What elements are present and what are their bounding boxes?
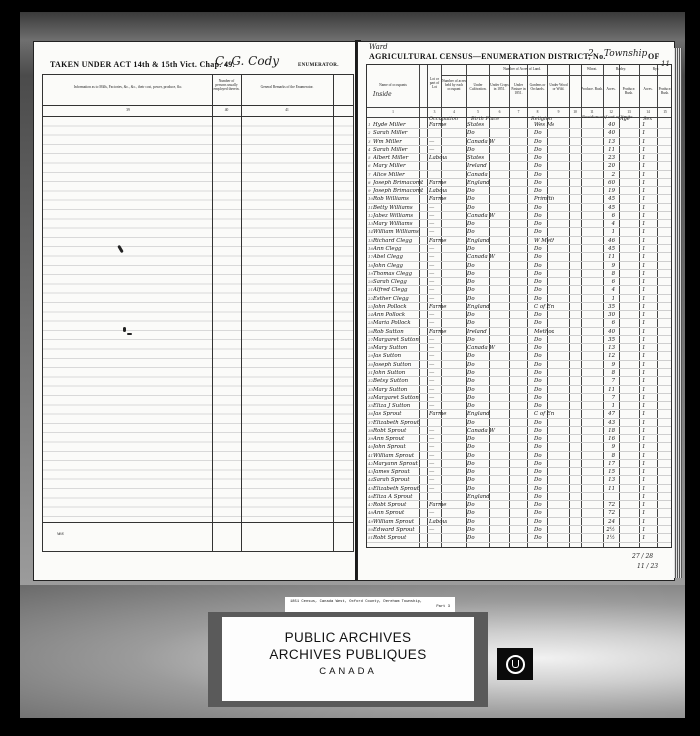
birthplace: Ireland: [467, 162, 497, 170]
tally-mark: 1: [642, 162, 652, 170]
occupant-name: Robt Sprout: [373, 534, 423, 542]
religion: Do: [534, 435, 554, 443]
birthplace: Do: [467, 286, 497, 294]
col-header-holders: Number of acres held by each occupant: [442, 79, 466, 92]
age: 35: [603, 303, 615, 311]
occupation: —: [429, 452, 447, 460]
age: 19: [603, 187, 615, 195]
archive-title-fr: ARCHIVES PUBLIQUES: [222, 647, 474, 662]
birthplace: Do: [467, 319, 497, 327]
col-num: 1: [368, 110, 418, 114]
table-row: 39Ann Sprout—DoDo161: [367, 435, 671, 443]
table-row: 22Esther Clegg—DoDo11: [367, 295, 671, 303]
age: 18: [603, 427, 615, 435]
table-row: 46Eliza A SproutEnglandDo1: [367, 493, 671, 501]
occupant-name: Elizabeth Sprout: [373, 485, 423, 493]
religion: Do: [534, 253, 554, 261]
occupation: —: [429, 485, 447, 493]
age: 6: [603, 278, 615, 286]
tally-mark: 1: [642, 493, 652, 501]
occupant-name: Betty Williams: [373, 204, 423, 212]
occupation: —: [429, 319, 447, 327]
age: 45: [603, 204, 615, 212]
age: 1: [603, 295, 615, 303]
occupation: Labourer: [429, 154, 447, 162]
occupation: —: [429, 228, 447, 236]
table-row: 42Maryann Sprout—DoDo171: [367, 460, 671, 468]
table-row: 34Margaret Sutton—DoDo71: [367, 394, 671, 402]
religion: Do: [534, 319, 554, 327]
religion: Do: [534, 228, 554, 236]
occupant-name: Jas Sprout: [373, 410, 423, 418]
col-num: 5: [467, 110, 489, 114]
occupation: Farmer: [429, 328, 447, 336]
occupant-name: Wm Miller: [373, 138, 423, 146]
occupant-name: Mary Sutton: [373, 344, 423, 352]
age: 72: [603, 509, 615, 517]
tally-mark: 1: [642, 501, 652, 509]
religion: Do: [534, 377, 554, 385]
occupation: Farmer: [429, 237, 447, 245]
archive-card: PUBLIC ARCHIVES ARCHIVES PUBLIQUES CANAD…: [222, 617, 474, 701]
occupation: —: [429, 361, 447, 369]
col-header-wheat: Wheat.: [581, 67, 603, 71]
occupation: —: [429, 476, 447, 484]
col-num: 14: [639, 110, 657, 114]
table-row: 37Elizabeth SproutDoDo431: [367, 419, 671, 427]
tally-mark: 1: [642, 328, 652, 336]
religion: Do: [534, 278, 554, 286]
age: 1½: [603, 534, 615, 542]
table-row: 19Thomas Clegg—DoDo81: [367, 270, 671, 278]
occupation: —: [429, 204, 447, 212]
age: 8: [603, 270, 615, 278]
tally-mark: 1: [642, 419, 652, 427]
age: 13: [603, 344, 615, 352]
age: 43: [603, 419, 615, 427]
age: 9: [603, 262, 615, 270]
age: 12: [603, 352, 615, 360]
birthplace: Canada W: [467, 344, 497, 352]
occupation: —: [429, 435, 447, 443]
religion: Do: [534, 518, 554, 526]
tally-mark: 1: [642, 195, 652, 203]
table-row: 40John Sprout—DoDo91: [367, 443, 671, 451]
occupant-name: John Clegg: [373, 262, 423, 270]
occupation: —: [429, 220, 447, 228]
age: 72: [603, 501, 615, 509]
col-header-mills: Information as to Mills, Factories, &c.,…: [47, 85, 209, 89]
birthplace: Do: [467, 336, 497, 344]
age: 11: [603, 253, 615, 261]
tally-mark: 1: [642, 460, 652, 468]
tally-mark: 1: [642, 303, 652, 311]
birthplace: States: [467, 121, 497, 129]
table-row: 10Rob WilliamsFarmerDoPrimitive Methodis…: [367, 195, 671, 203]
table-row: 21Alfred Clegg—DoDo41: [367, 286, 671, 294]
birthplace: Do: [467, 295, 497, 303]
birthplace: Canada W: [467, 253, 497, 261]
birthplace: Do: [467, 509, 497, 517]
birthplace: Do: [467, 278, 497, 286]
occupation: —: [429, 402, 447, 410]
tally-mark: 1: [642, 146, 652, 154]
birthplace: Do: [467, 146, 497, 154]
table-row: 24Ann Pollock—DoDo301: [367, 311, 671, 319]
age: 16: [603, 435, 615, 443]
tally-mark: 1: [642, 509, 652, 517]
religion: Do: [534, 129, 554, 137]
religion: Do: [534, 501, 554, 509]
religion: Do: [534, 534, 554, 542]
ink-blot: [123, 327, 126, 332]
birthplace: States: [467, 154, 497, 162]
tally-mark: 1: [642, 129, 652, 137]
reference-line-2: Part 3: [290, 605, 450, 610]
occupant-name: William Sprout: [373, 518, 423, 526]
age: 47: [603, 410, 615, 418]
religion: Do: [534, 369, 554, 377]
age: 11: [603, 386, 615, 394]
left-page-table: Information as to Mills, Factories, &c.,…: [42, 74, 354, 552]
tally-mark: 1: [642, 311, 652, 319]
occupant-name: Alfred Clegg: [373, 286, 423, 294]
township-name: Township: [604, 49, 647, 59]
occupant-name: Abel Clegg: [373, 253, 423, 261]
tally-mark: 1: [642, 121, 652, 129]
religion: Do: [534, 336, 554, 344]
table-row: 38Robt Sprout—Canada WDo181: [367, 427, 671, 435]
birthplace: Do: [467, 526, 497, 534]
occupation: Labourer: [429, 518, 447, 526]
religion: Do: [534, 138, 554, 146]
occupation: —: [429, 336, 447, 344]
age: 7: [603, 394, 615, 402]
table-row: 30Joseph Sutton—DoDo91: [367, 361, 671, 369]
birthplace: Do: [467, 220, 497, 228]
occupation: —: [429, 443, 447, 451]
birthplace: Do: [467, 386, 497, 394]
age: 60: [603, 179, 615, 187]
occupant-name: Joseph Sutton: [373, 361, 423, 369]
occupation: —: [429, 262, 447, 270]
table-row: 1Hyde MillerFarmerStatesWes Methodist401: [367, 121, 671, 129]
occupation: —: [429, 146, 447, 154]
birthplace: Do: [467, 402, 497, 410]
occupant-name: Sarah Miller: [373, 146, 423, 154]
tally-mark: 1: [642, 361, 652, 369]
occupation: Farmer: [429, 179, 447, 187]
birthplace: Do: [467, 369, 497, 377]
occupant-name: Maria Pollock: [373, 319, 423, 327]
table-row: 9Joseph Brimacombe jrLabourerDoDo191: [367, 187, 671, 195]
census-table: Name of occupants Inside Lot or part of …: [366, 64, 672, 548]
religion: Do: [534, 286, 554, 294]
table-row: 44Sarah Sprout—DoDo131: [367, 476, 671, 484]
birthplace: Do: [467, 534, 497, 542]
occupant-name: John Sutton: [373, 369, 423, 377]
religion: Do: [534, 344, 554, 352]
age: 11: [603, 485, 615, 493]
table-row: 27Margaret Sutton—DoDo351: [367, 336, 671, 344]
occupant-name: Margaret Sutton: [373, 394, 423, 402]
religion: Do: [534, 162, 554, 170]
occupation: —: [429, 253, 447, 261]
footer-tally: 27 / 28: [632, 553, 653, 560]
occupant-name: Esther Clegg: [373, 295, 423, 303]
col-num: 9: [548, 110, 569, 114]
occupant-name: Rob Sutton: [373, 328, 423, 336]
birthplace: Do: [467, 352, 497, 360]
tally-mark: 1: [642, 179, 652, 187]
col-header-barley: Barley.: [603, 67, 639, 71]
age: 13: [603, 138, 615, 146]
birthplace: Do: [467, 361, 497, 369]
birthplace: Do: [467, 262, 497, 270]
col-num: 4: [442, 110, 466, 114]
occupation: —: [429, 311, 447, 319]
age: 6: [603, 212, 615, 220]
age: 35: [603, 336, 615, 344]
col-header-produce-2: Produce. Bush.: [619, 87, 639, 95]
age: 23: [603, 154, 615, 162]
table-row: 28Mary Sutton—Canada WDo131: [367, 344, 671, 352]
table-row: 26Rob SuttonFarmerIrelandMethodist401: [367, 328, 671, 336]
left-header-suffix: ENUMERATOR.: [298, 63, 339, 68]
age: 40: [603, 129, 615, 137]
occupant-name: William Sprout: [373, 452, 423, 460]
tally-mark: 1: [642, 262, 652, 270]
occupation: Labourer: [429, 187, 447, 195]
col-header-crops: Under Crops in 1851.: [490, 83, 509, 91]
tally-mark: 1: [642, 336, 652, 344]
religion: Do: [534, 509, 554, 517]
page-edges: [674, 48, 682, 578]
tally-mark: 1: [642, 171, 652, 179]
tally-mark: 1: [642, 435, 652, 443]
table-row: 15Richard CleggFarmerEnglandW Methodist4…: [367, 237, 671, 245]
age: 1: [603, 228, 615, 236]
census-rows: 1Hyde MillerFarmerStatesWes Methodist401…: [367, 121, 671, 543]
table-row: 4Sarah Miller—DoDo111: [367, 146, 671, 154]
religion: Do: [534, 187, 554, 195]
tally-mark: 1: [642, 485, 652, 493]
table-row: 49William SproutLabourerDoDo241: [367, 518, 671, 526]
religion: Do: [534, 468, 554, 476]
religion: Do: [534, 154, 554, 162]
religion: Do: [534, 212, 554, 220]
col-num: 3: [428, 110, 441, 114]
col-header-gardens: Gardens or Orchards.: [528, 83, 547, 91]
age: 40: [603, 121, 615, 129]
tally-mark: 1: [642, 468, 652, 476]
occupation: —: [429, 509, 447, 517]
table-row: 7Alice MillerCanadaDo21: [367, 171, 671, 179]
birthplace: Do: [467, 419, 497, 427]
religion: Do: [534, 146, 554, 154]
table-row: 2Sarah MillerDoDo401: [367, 129, 671, 137]
birthplace: Do: [467, 435, 497, 443]
occupation: —: [429, 394, 447, 402]
religion: Do: [534, 427, 554, 435]
ink-blot: [127, 333, 132, 335]
margin-note: ws: [57, 531, 64, 537]
religion: Do: [534, 452, 554, 460]
occupation: —: [429, 270, 447, 278]
occupation: —: [429, 295, 447, 303]
col-header-employed: Number of persons usually employed there…: [213, 79, 240, 92]
col-header-land-group: Number of Acres of Land.: [467, 67, 577, 71]
religion: Do: [534, 394, 554, 402]
birthplace: Do: [467, 204, 497, 212]
religion: Do: [534, 443, 554, 451]
col-header-acres-2: Acres.: [639, 87, 657, 91]
tally-mark: 1: [642, 377, 652, 385]
birthplace: Do: [467, 485, 497, 493]
occupant-name: Joseph Brimacombe jr: [373, 187, 423, 195]
occupant-name: Sarah Clegg: [373, 278, 423, 286]
tally-mark: 1: [642, 534, 652, 542]
col-num: 8: [528, 110, 547, 114]
occupant-name: Robt Sprout: [373, 427, 423, 435]
religion: W Methodist: [534, 237, 554, 245]
age: 40: [603, 328, 615, 336]
district-number: 2: [588, 49, 594, 59]
occupation: Farmer: [429, 121, 447, 129]
ruled-lines: [43, 117, 353, 521]
col-header-produce-3: Produce. Bush.: [657, 87, 673, 95]
col-number-40: 40: [213, 108, 240, 112]
col-num: 7: [510, 110, 527, 114]
religion: Wes Methodist: [534, 121, 554, 129]
occupation: —: [429, 286, 447, 294]
table-row: 50Edward Sprout—DoDo2½1: [367, 526, 671, 534]
tally-mark: 1: [642, 286, 652, 294]
col-header-lot: Lot or part of Lot: [428, 77, 441, 90]
occupation: Farmer: [429, 410, 447, 418]
birthplace: Do: [467, 270, 497, 278]
tally-mark: 1: [642, 369, 652, 377]
birthplace: England: [467, 303, 497, 311]
left-page-header: TAKEN UNDER ACT 14th & 15th Vict. Chap. …: [50, 60, 235, 69]
age: 45: [603, 195, 615, 203]
archive-country: CANADA: [222, 666, 474, 677]
archives-logo: [497, 648, 533, 680]
tally-mark: 1: [642, 427, 652, 435]
occupant-name: Alice Miller: [373, 171, 423, 179]
footer-tally-2: 11 / 23: [637, 563, 658, 570]
occupant-name: Sarah Miller: [373, 129, 423, 137]
table-row: 31John Sutton—DoDo81: [367, 369, 671, 377]
occupant-name: William Williams: [373, 228, 423, 236]
religion: Do: [534, 386, 554, 394]
age: 46: [603, 237, 615, 245]
table-row: 16Ann Clegg—DoDo451: [367, 245, 671, 253]
religion: Do: [534, 262, 554, 270]
birthplace: England: [467, 410, 497, 418]
occupant-name: Ann Sprout: [373, 509, 423, 517]
religion: Do: [534, 245, 554, 253]
tally-mark: 1: [642, 526, 652, 534]
tally-mark: 1: [642, 228, 652, 236]
birthplace: Canada W: [467, 427, 497, 435]
age: 20: [603, 162, 615, 170]
col-header-cultivation: Under Cultivation.: [467, 83, 489, 91]
age: 9: [603, 443, 615, 451]
occupant-name: Richard Clegg: [373, 237, 423, 245]
age: 13: [603, 476, 615, 484]
religion: Do: [534, 311, 554, 319]
birthplace: Do: [467, 394, 497, 402]
occupation: —: [429, 138, 447, 146]
archive-title-en: PUBLIC ARCHIVES: [222, 630, 474, 645]
tally-mark: 1: [642, 154, 652, 162]
occupation: —: [429, 344, 447, 352]
tally-mark: 1: [642, 237, 652, 245]
religion: Do: [534, 460, 554, 468]
birthplace: Do: [467, 501, 497, 509]
tally-mark: 1: [642, 394, 652, 402]
occupant-name: Jabez Williams: [373, 212, 423, 220]
col-header-rye: Rye.: [639, 67, 673, 71]
table-row: 51Robt SproutDoDo1½1: [367, 534, 671, 542]
occupation: Farmer: [429, 303, 447, 311]
table-row: 32Betsy Sutton—DoDo71: [367, 377, 671, 385]
table-row: 13Mary Williams—DoDo41: [367, 220, 671, 228]
religion: Do: [534, 493, 554, 501]
birthplace: Do: [467, 460, 497, 468]
col-header-remarks: General Remarks of the Enumerator.: [242, 85, 332, 89]
col-header-names: Name of occupants: [368, 83, 418, 87]
tally-mark: 1: [642, 220, 652, 228]
occupation: —: [429, 468, 447, 476]
birthplace: Ireland: [467, 328, 497, 336]
archives-emblem-icon: [506, 655, 525, 674]
occupant-name: Jas Sutton: [373, 352, 423, 360]
occupant-name: Thomas Clegg: [373, 270, 423, 278]
religion: Do: [534, 179, 554, 187]
margin-ward-note: Ward: [369, 43, 388, 51]
age: 6: [603, 319, 615, 327]
religion: Do: [534, 204, 554, 212]
tally-mark: 1: [642, 253, 652, 261]
tally-mark: 1: [642, 212, 652, 220]
occupation: —: [429, 278, 447, 286]
col-num: 10: [569, 110, 581, 114]
age: 45: [603, 245, 615, 253]
table-row: 29Jas Sutton—DoDo121: [367, 352, 671, 360]
occupant-name: Eliza A Sprout: [373, 493, 423, 501]
birthplace: Do: [467, 476, 497, 484]
occupation: —: [429, 460, 447, 468]
occupant-name: Robt Sprout: [373, 501, 423, 509]
tally-mark: 1: [642, 278, 652, 286]
occupation: —: [429, 369, 447, 377]
birthplace: Do: [467, 377, 497, 385]
religion: Do: [534, 476, 554, 484]
birthplace: Do: [467, 195, 497, 203]
table-row: 33Mary Sutton—DoDo111: [367, 386, 671, 394]
birthplace: Do: [467, 311, 497, 319]
col-header-wood: Under Wood or Wild.: [548, 83, 569, 91]
right-header-suffix: OF: [648, 52, 660, 61]
occupant-name: Margaret Sutton: [373, 336, 423, 344]
religion: Do: [534, 352, 554, 360]
birthplace: Do: [467, 518, 497, 526]
col-header-acres: Acres.: [603, 87, 619, 91]
religion: Do: [534, 270, 554, 278]
col-num: 6: [490, 110, 509, 114]
